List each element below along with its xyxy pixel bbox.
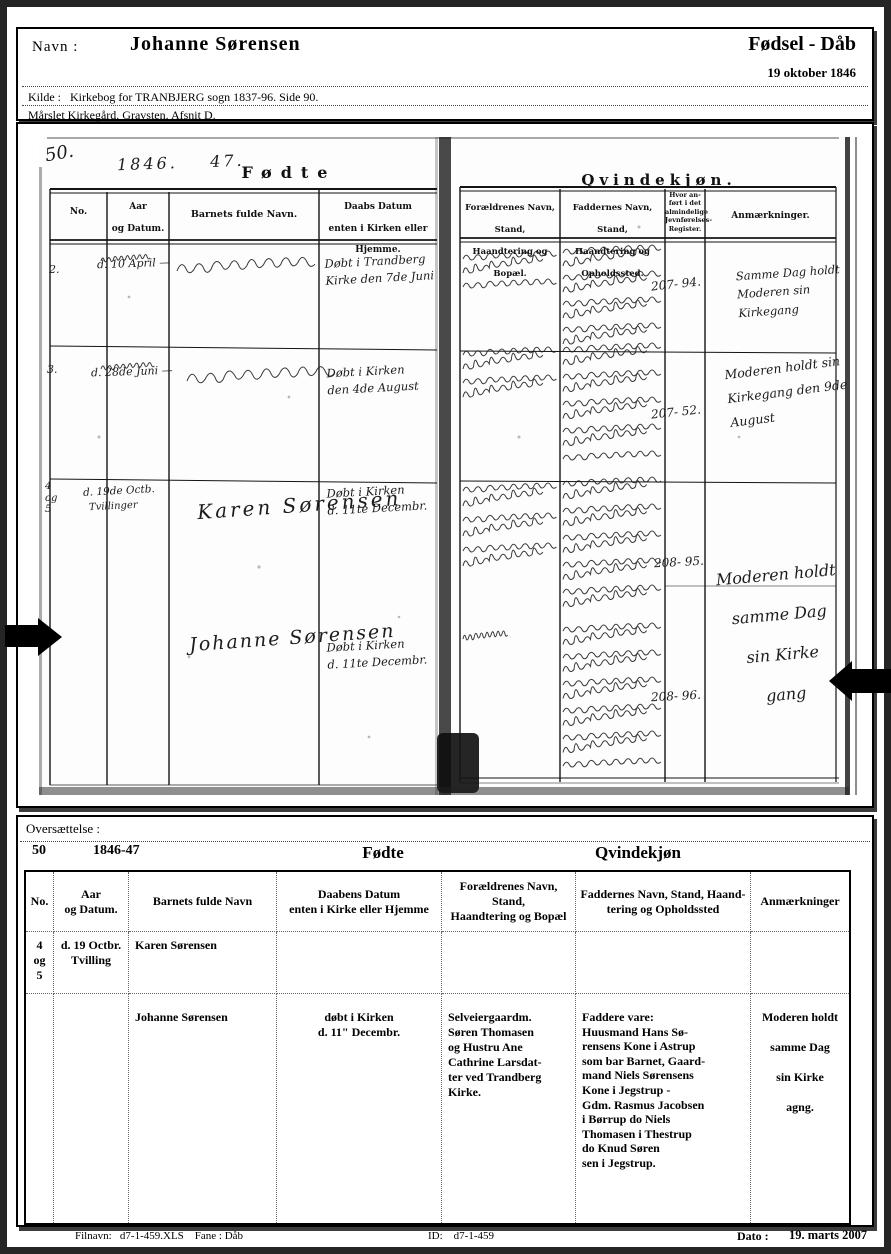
scan-col-remarks: Anmærkninger. <box>705 211 836 221</box>
row2-remarks: Moderen holdt samme Dag sin Kirke agng. <box>751 994 849 1223</box>
translation-page-no: 50 <box>32 843 46 859</box>
scan-box: Fødte Qvindekjøn. No. Aar og Datum. Barn… <box>16 122 874 808</box>
footer-filename: Filnavn: d7-1-459.XLS Fane : Dåb <box>75 1230 243 1242</box>
footer-date-label: Dato : <box>737 1229 769 1244</box>
row1-baptism <box>277 932 442 994</box>
person-name: Johanne Sørensen <box>130 33 301 56</box>
scan-r4-register-ref: 208- 96. <box>651 688 702 705</box>
translation-right-section: Qvindekjøn <box>488 843 788 863</box>
row2-name: Johanne Sørensen <box>129 994 277 1223</box>
row2-date <box>54 994 129 1223</box>
scan-r3-register-ref: 208- 95. <box>654 554 705 571</box>
scan-r1-remark: Samme Dag holdt Moderen sin Kirkegang <box>735 259 863 323</box>
scan-col-date: Aar og Datum. <box>107 197 169 240</box>
event-title: Fødsel - Dåb <box>748 33 856 56</box>
navn-label: Navn : <box>32 39 78 56</box>
divider <box>22 105 868 106</box>
translation-table: No. Aar og Datum. Barnets fulde Navn Daa… <box>24 870 851 1225</box>
scan-r2-no: 3. <box>47 363 58 376</box>
row1-date: d. 19 Octbr. Tvilling <box>54 932 129 994</box>
scan-col-parents: Forældrenes Navn, Stand, Haandtering og … <box>460 197 560 285</box>
translation-box: Oversættelse : 50 1846-47 Fødte Qvindekj… <box>16 815 874 1227</box>
translation-years: 1846-47 <box>93 843 140 859</box>
col-header-name: Barnets fulde Navn <box>129 872 277 932</box>
row2-sponsors: Faddere vare: Huusmand Hans Sø- rensens … <box>576 994 751 1223</box>
record-sheet: Navn : Johanne Sørensen Fødsel - Dåb 19 … <box>0 0 891 1254</box>
scan-r2-baptism: Døbt i Kirken den 4de August <box>326 361 419 400</box>
event-date: 19 oktober 1846 <box>767 65 856 81</box>
row1-remarks <box>751 932 849 994</box>
row1-sponsors <box>576 932 751 994</box>
cemetery-line: Mårslet Kirkegård. Gravsten. Afsnit D. <box>28 108 216 123</box>
col-header-baptism: Daabens Datum enten i Kirke eller Hjemme <box>277 872 442 932</box>
scan-col-no: No. <box>50 207 107 217</box>
scan-r3-no: 4 og 5 <box>45 481 57 516</box>
scan-r4-baptism: Døbt i Kirken d. 11te Decembr. <box>326 634 427 674</box>
scan-r1-no: 2. <box>49 263 60 276</box>
row2-no <box>26 994 54 1223</box>
header-box: Navn : Johanne Sørensen Fødsel - Dåb 19 … <box>16 27 874 121</box>
row1-no: 4 og 5 <box>26 932 54 994</box>
row1-parents <box>442 932 576 994</box>
translation-label: Oversættelse : <box>26 821 100 837</box>
col-header-no: No. <box>26 872 54 932</box>
divider <box>22 86 868 87</box>
col-header-sponsors: Faddernes Navn, Stand, Haand- tering og … <box>576 872 751 932</box>
church-book-scan: Fødte Qvindekjøn. No. Aar og Datum. Barn… <box>39 137 861 795</box>
col-header-parents: Forældrenes Navn, Stand, Haandtering og … <box>442 872 576 932</box>
scan-r3-baptism: Døbt i Kirken d. 11te Decembr. <box>326 480 427 520</box>
divider <box>20 841 870 842</box>
scan-col-name: Barnets fulde Navn. <box>169 209 319 220</box>
left-arrow-marker <box>0 610 70 664</box>
scan-right-title: Qvindekjøn. <box>544 171 774 189</box>
row1-name: Karen Sørensen <box>129 932 277 994</box>
row2-baptism: døbt i Kirken d. 11" Decembr. <box>277 994 442 1223</box>
scan-r1-baptism: Døbt i Trandberg Kirke den 7de Juni <box>324 250 434 290</box>
col-header-date: Aar og Datum. <box>54 872 129 932</box>
scan-col-sponsors: Faddernes Navn, Stand, Haandtering og Op… <box>560 197 665 285</box>
scan-r1-date: d. 10 April — <box>97 256 171 272</box>
col-header-remarks: Anmærkninger <box>751 872 849 932</box>
right-arrow-marker <box>825 655 891 705</box>
scan-col-register: Hvor an- ført i det almindelige Jevnføre… <box>665 191 705 233</box>
row2-parents: Selveiergaardm. Søren Thomasen og Hustru… <box>442 994 576 1223</box>
source-line: Kilde : Kirkebog for TRANBJERG sogn 1837… <box>28 90 318 105</box>
footer-date-value: 19. marts 2007 <box>789 1228 867 1243</box>
footer-id: ID: d7-1-459 <box>428 1230 494 1242</box>
